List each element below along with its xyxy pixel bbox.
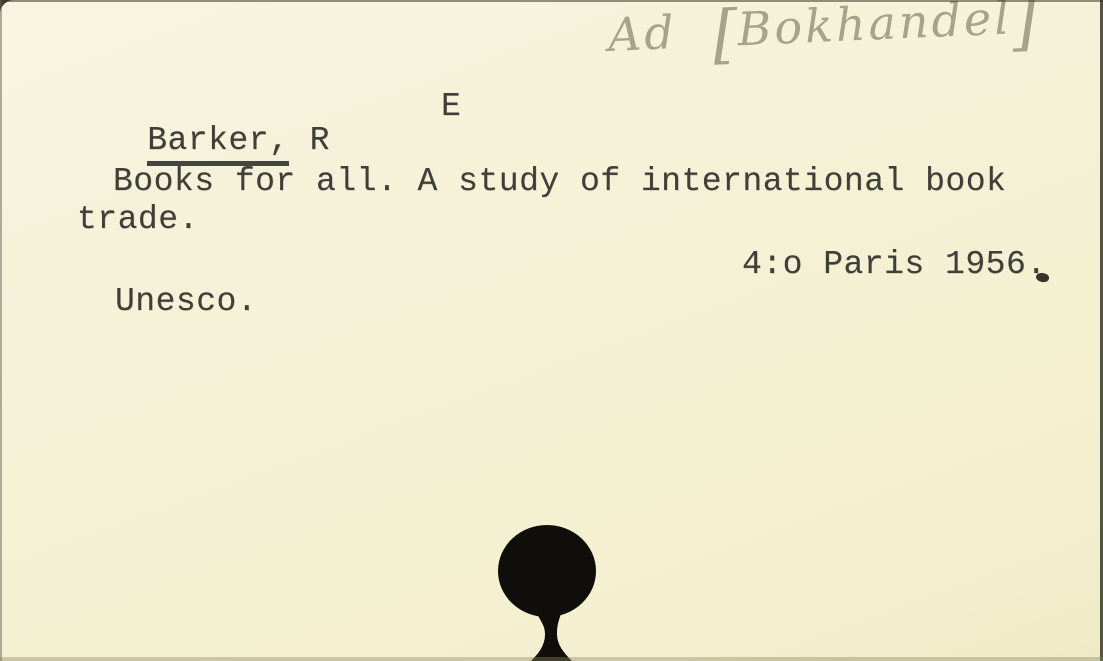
title-line-2: trade. [77,203,199,237]
author-surname: Barker, [147,122,289,166]
annotation-open-bracket: [ [711,0,739,72]
hole-punch [495,524,605,661]
author-second-initial: E [441,90,461,124]
annotation-bracketed-word: [Bokhandel] [711,0,1037,57]
publisher-line: Unesco. [115,285,257,319]
title-line-1: Books for all. A study of international … [113,165,1006,199]
annotation-word: Bokhandel [736,0,1013,56]
annotation-prefix: Ad [607,5,678,62]
imprint-line: 4:o Paris 1956. [742,248,1047,282]
card-edge-left [0,0,2,661]
pencil-annotation: Ad[Bokhandel] [607,0,1038,62]
catalog-card: Ad[Bokhandel] Barker, R E Books for all.… [0,0,1103,661]
annotation-close-bracket: ] [1010,0,1038,59]
author-first-initial: R [289,122,330,159]
